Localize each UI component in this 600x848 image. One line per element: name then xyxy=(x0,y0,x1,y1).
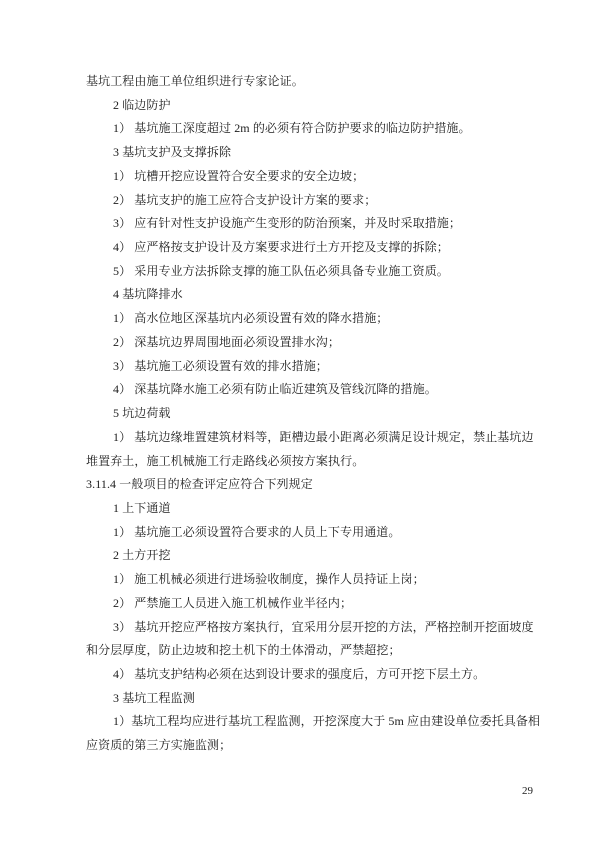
text-line: 1）基坑工程均应进行基坑工程监测，开挖深度大于 5m 应由建设单位委托具备相 xyxy=(86,710,526,734)
text-line: 4） 深基坑降水施工必须有防止临近建筑及管线沉降的措施。 xyxy=(86,378,526,402)
text-line: 2） 严禁施工人员进入施工机械作业半径内； xyxy=(86,592,526,616)
text-line: 堆置弃土，施工机械施工行走路线必须按方案执行。 xyxy=(86,450,526,474)
text-line: 5 坑边荷载 xyxy=(86,402,526,426)
text-line: 1） 施工机械必须进行进场验收制度，操作人员持证上岗； xyxy=(86,568,526,592)
text-line: 1） 坑槽开挖应设置符合安全要求的安全边坡； xyxy=(86,165,526,189)
text-line: 3 基坑工程监测 xyxy=(86,687,526,711)
text-line: 基坑工程由施工单位组织进行专家论证。 xyxy=(86,70,526,94)
text-line: 5） 采用专业方法拆除支撑的施工队伍必须具备专业施工资质。 xyxy=(86,260,526,284)
text-line: 应资质的第三方实施监测； xyxy=(86,734,526,758)
text-line: 4） 应严格按支护设计及方案要求进行土方开挖及支撑的拆除； xyxy=(86,236,526,260)
text-line: 1） 基坑边缘堆置建筑材料等，距槽边最小距离必须满足设计规定，禁止基坑边 xyxy=(86,426,526,450)
text-line: 2 临边防护 xyxy=(86,94,526,118)
text-line: 1 上下通道 xyxy=(86,497,526,521)
text-line: 4） 基坑支护结构必须在达到设计要求的强度后，方可开挖下层土方。 xyxy=(86,663,526,687)
document-body: 基坑工程由施工单位组织进行专家论证。2 临边防护1） 基坑施工深度超过 2m 的… xyxy=(86,70,526,758)
text-line: 3） 应有针对性支护设施产生变形的防治预案，并及时采取措施； xyxy=(86,212,526,236)
text-line: 1） 基坑施工必须设置符合要求的人员上下专用通道。 xyxy=(86,521,526,545)
text-line: 2 土方开挖 xyxy=(86,544,526,568)
text-line: 2） 基坑支护的施工应符合支护设计方案的要求； xyxy=(86,189,526,213)
text-line: 1） 基坑施工深度超过 2m 的必须有符合防护要求的临边防护措施。 xyxy=(86,117,526,141)
text-line: 2） 深基坑边界周围地面必须设置排水沟； xyxy=(86,331,526,355)
document-page: 基坑工程由施工单位组织进行专家论证。2 临边防护1） 基坑施工深度超过 2m 的… xyxy=(0,0,600,848)
text-line: 3） 基坑开挖应严格按方案执行，宜采用分层开挖的方法，严格控制开挖面坡度 xyxy=(86,616,526,640)
page-number: 29 xyxy=(522,784,533,798)
text-line: 1） 高水位地区深基坑内必须设置有效的降水措施； xyxy=(86,307,526,331)
text-line: 3 基坑支护及支撑拆除 xyxy=(86,141,526,165)
text-line: 和分层厚度，防止边坡和挖土机下的土体滑动，严禁超挖； xyxy=(86,639,526,663)
text-line: 4 基坑降排水 xyxy=(86,283,526,307)
text-line: 3） 基坑施工必须设置有效的排水措施； xyxy=(86,355,526,379)
text-line: 3.11.4 一般项目的检查评定应符合下列规定 xyxy=(86,473,526,497)
